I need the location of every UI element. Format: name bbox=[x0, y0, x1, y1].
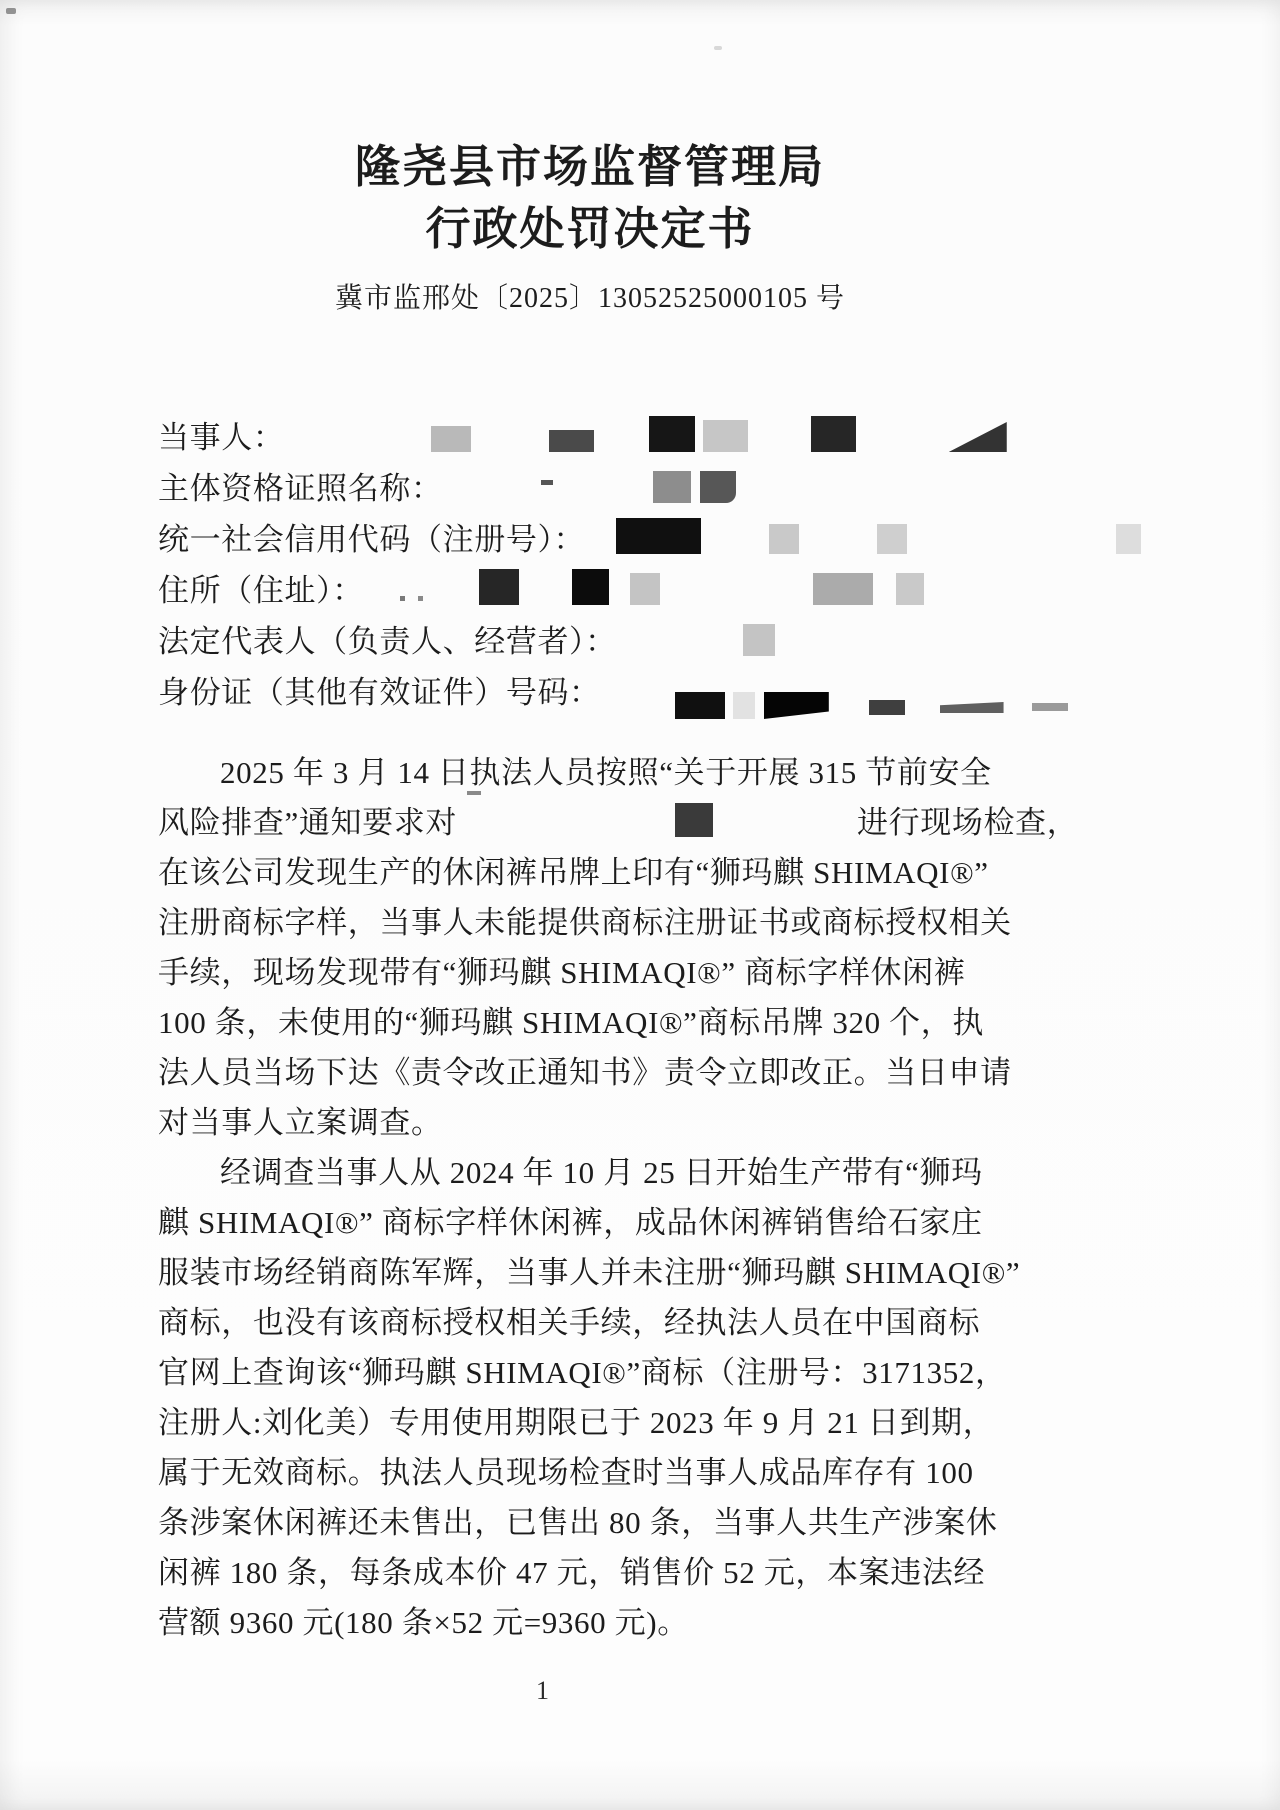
paragraph-line: 在该公司发现生产的休闲裤吊牌上印有“狮玛麒 SHIMAQI®” bbox=[158, 848, 1160, 898]
document-title-line1: 隆尧县市场监督管理局 bbox=[0, 136, 1180, 198]
paragraph-line: 属于无效商标。执法人员现场检查时当事人成品库存有 100 bbox=[158, 1448, 1160, 1498]
paragraph-line: 服装市场经销商陈军辉，当事人并未注册“狮玛麒 SHIMAQI®” bbox=[158, 1248, 1160, 1298]
paragraph-line: 2025 年 3 月 14 日执法人员按照“关于开展 315 节前安全 bbox=[158, 748, 1160, 798]
redaction-block bbox=[400, 596, 405, 601]
redaction-block bbox=[418, 596, 423, 601]
field-address-label: 住所（住址）： bbox=[158, 573, 364, 608]
document-number: 冀市监邢处〔2025〕13052525000105 号 bbox=[0, 276, 1180, 316]
paragraph-text: 风险排查”通知要求对 bbox=[158, 805, 457, 840]
redaction-block bbox=[572, 569, 609, 605]
redaction-block bbox=[675, 803, 713, 837]
paragraph-1: 2025 年 3 月 14 日执法人员按照“关于开展 315 节前安全 风险排查… bbox=[158, 748, 1160, 1148]
paragraph-line: 手续，现场发现带有“狮玛麒 SHIMAQI®” 商标字样休闲裤 bbox=[158, 948, 1160, 998]
redaction-block bbox=[630, 573, 660, 605]
redaction-block bbox=[896, 573, 924, 605]
paragraph-line: 法人员当场下达《责令改正通知书》责令立即改正。当日申请 bbox=[158, 1048, 1160, 1098]
paragraph-line: 经调查当事人从 2024 年 10 月 25 日开始生产带有“狮玛 bbox=[158, 1148, 1160, 1198]
redaction-block bbox=[549, 430, 594, 452]
field-party: 当事人： bbox=[158, 412, 1160, 463]
redaction-block bbox=[541, 480, 553, 485]
paragraph-line: 注册商标字样，当事人未能提供商标注册证书或商标授权相关 bbox=[158, 898, 1160, 948]
redaction-block bbox=[703, 420, 748, 452]
redaction-block bbox=[431, 426, 471, 452]
redaction-block bbox=[616, 518, 701, 554]
field-credit-code-label: 统一社会信用代码（注册号）： bbox=[158, 522, 585, 557]
field-license-name-label: 主体资格证照名称： bbox=[158, 471, 443, 506]
paragraph-line: 商标，也没有该商标授权相关手续，经执法人员在中国商标 bbox=[158, 1298, 1160, 1348]
field-legal-rep: 法定代表人（负责人、经营者）： bbox=[158, 616, 1160, 667]
page-number: 1 bbox=[536, 1676, 549, 1706]
redaction-block bbox=[733, 692, 755, 719]
field-license-name: 主体资格证照名称： bbox=[158, 463, 1160, 514]
document-header: 隆尧县市场监督管理局 行政处罚决定书 冀市监邢处〔2025〕1305252500… bbox=[0, 0, 1180, 316]
redaction-zone bbox=[457, 803, 857, 837]
paragraph-text: 进行现场检查， bbox=[857, 805, 1078, 840]
redaction-block bbox=[743, 624, 775, 656]
redaction-block bbox=[869, 700, 905, 715]
redaction-block bbox=[1032, 703, 1068, 711]
redaction-block bbox=[940, 702, 1004, 713]
paragraph-line: 闲裤 180 条，每条成本价 47 元，销售价 52 元，本案违法经 bbox=[158, 1548, 1160, 1598]
paragraph-line-redacted: 风险排查”通知要求对进行现场检查， bbox=[158, 798, 1160, 848]
redaction-block bbox=[649, 416, 695, 452]
scanned-document-page: 隆尧县市场监督管理局 行政处罚决定书 冀市监邢处〔2025〕1305252500… bbox=[0, 0, 1280, 1810]
scan-artifact bbox=[6, 8, 16, 14]
redaction-block bbox=[813, 573, 873, 605]
redaction-block bbox=[467, 791, 481, 795]
redaction-block bbox=[764, 692, 829, 719]
redaction-block bbox=[479, 569, 519, 605]
paragraph-line: 官网上查询该“狮玛麒 SHIMAQI®”商标（注册号：3171352， bbox=[158, 1348, 1160, 1398]
redaction-block bbox=[700, 471, 736, 503]
redaction-block bbox=[877, 524, 907, 554]
redaction-block bbox=[653, 471, 691, 503]
paragraph-line: 条涉案休闲裤还未售出，已售出 80 条，当事人共生产涉案休 bbox=[158, 1498, 1160, 1548]
field-id-number: 身份证（其他有效证件）号码： bbox=[158, 667, 1160, 718]
paragraph-line: 100 条，未使用的“狮玛麒 SHIMAQI®”商标吊牌 320 个，执 bbox=[158, 998, 1160, 1048]
redaction-block bbox=[1116, 524, 1141, 554]
field-credit-code: 统一社会信用代码（注册号）： bbox=[158, 514, 1160, 565]
field-party-label: 当事人： bbox=[158, 420, 284, 455]
paragraph-line: 对当事人立案调查。 bbox=[158, 1098, 1160, 1148]
field-legal-rep-label: 法定代表人（负责人、经营者）： bbox=[158, 624, 617, 659]
paragraph-line: 注册人:刘化美）专用使用期限已于 2023 年 9 月 21 日到期， bbox=[158, 1398, 1160, 1448]
document-body: 当事人： 主体资格证照名称： 统一社会信用代码（注册号）： 住所（住址）： bbox=[158, 412, 1160, 1648]
paragraph-2: 经调查当事人从 2024 年 10 月 25 日开始生产带有“狮玛 麒 SHIM… bbox=[158, 1148, 1160, 1648]
redaction-block bbox=[675, 692, 725, 719]
redaction-block bbox=[769, 524, 799, 554]
field-id-number-label: 身份证（其他有效证件）号码： bbox=[158, 675, 601, 710]
scan-artifact bbox=[714, 46, 722, 50]
redaction-block bbox=[949, 422, 1007, 452]
paragraph-line: 营额 9360 元(180 条×52 元=9360 元)。 bbox=[158, 1598, 1160, 1648]
field-address: 住所（住址）： bbox=[158, 565, 1160, 616]
redaction-block bbox=[811, 416, 856, 452]
document-title-line2: 行政处罚决定书 bbox=[0, 198, 1180, 260]
paragraph-line: 麒 SHIMAQI®” 商标字样休闲裤，成品休闲裤销售给石家庄 bbox=[158, 1198, 1160, 1248]
